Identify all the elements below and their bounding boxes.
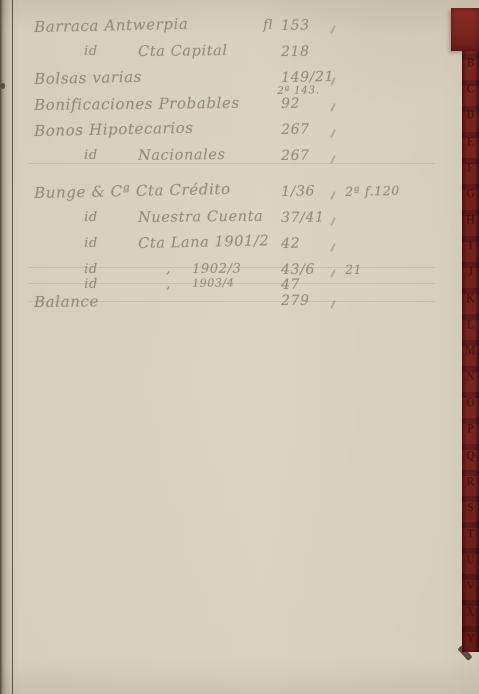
entry-label: Barraca Antwerpia [34, 15, 189, 36]
folio-number: 279 [281, 293, 310, 309]
id-ditto-label: id [84, 148, 98, 163]
folio-prefix: fl [263, 18, 273, 33]
check-tick-mark [330, 300, 336, 309]
entry-label: Bonificaciones Probables [34, 94, 240, 114]
folio-extra: 2ª f.120 [345, 183, 400, 199]
thumb-index-letter: J [462, 257, 479, 287]
folio-number: 42 [281, 236, 300, 252]
id-ditto-label: id [84, 262, 98, 277]
ditto-mark: , [166, 277, 171, 292]
check-tick-mark [330, 103, 336, 112]
ledger-row: Bonos Hipotecarios267 [0, 122, 479, 148]
entry-label: Bonos Hipotecarios [34, 119, 194, 140]
ditto-mark: , [166, 262, 171, 277]
thumb-index-letters: ABCDEFGHIJKLMNOPQRSTUVXY [462, 24, 479, 652]
ledger-row: idCta Lana 1901/242 [0, 236, 479, 262]
ledger-row: Barraca Antwerpiafl153 [0, 18, 479, 44]
ledger-row: Bunge & Cª Cta Crédito1/362ª f.120 [0, 184, 479, 210]
entry-year: 1902/3 [192, 261, 241, 277]
entry-sub-label: Cta Lana 1901/2 [138, 233, 269, 252]
folio-number: 267 [281, 121, 310, 138]
id-ditto-label: id [84, 277, 98, 292]
id-ditto-label: id [84, 236, 98, 251]
thumb-index-strip: ABCDEFGHIJKLMNOPQRSTUVXY [462, 8, 479, 652]
entry-label: Balance [34, 292, 99, 311]
ledger-row: idNacionales267 [0, 148, 479, 174]
entry-sub-label: Cta Capital [138, 43, 228, 60]
check-tick-mark [330, 155, 336, 164]
ledger-row: id,1903/447 [0, 277, 479, 293]
check-tick-mark [330, 25, 336, 34]
binding-corner-tab [451, 8, 479, 51]
check-tick-mark [330, 243, 336, 252]
folio-number: 47 [281, 277, 300, 293]
id-ditto-label: id [84, 44, 98, 59]
entry-sub-label: Nacionales [138, 147, 226, 164]
folio-number: 43/6 [281, 262, 315, 278]
ledger-row: idNuestra Cuenta37/41 [0, 210, 479, 236]
ledger-page: Barraca Antwerpiafl153idCta Capital218Bo… [0, 0, 479, 694]
id-ditto-label: id [84, 210, 98, 225]
thumb-index-letter: Y [462, 624, 479, 654]
entry-sub-label: Nuestra Cuenta [138, 209, 263, 226]
ledger-row: Bonificaciones Probables92 [0, 96, 479, 122]
folio-number: 218 [281, 44, 310, 60]
entry-year: 1903/4 [192, 276, 235, 290]
ledger-row: Bolsas varias149/212ª 143. [0, 70, 479, 96]
thumb-index-letter: P [462, 414, 479, 444]
folio-number: 37/41 [281, 210, 325, 226]
folio-number: 1/36 [281, 183, 315, 200]
folio-number: 153 [281, 17, 310, 34]
folio-number: 267 [281, 148, 310, 164]
entry-label: Bolsas varias [34, 68, 142, 88]
folio-extra: 21 [345, 262, 362, 277]
entry-label: Bunge & Cª Cta Crédito [34, 180, 231, 202]
ledger-rows: Barraca Antwerpiafl153idCta Capital218Bo… [0, 18, 479, 319]
thumb-index-letter: X [462, 597, 479, 627]
check-tick-mark [330, 129, 336, 138]
check-tick-mark [330, 217, 336, 226]
check-tick-mark [330, 191, 336, 200]
ledger-row: idCta Capital218 [0, 44, 479, 70]
folio-number: 92 [281, 96, 300, 112]
ledger-row: Balance279 [0, 293, 479, 319]
